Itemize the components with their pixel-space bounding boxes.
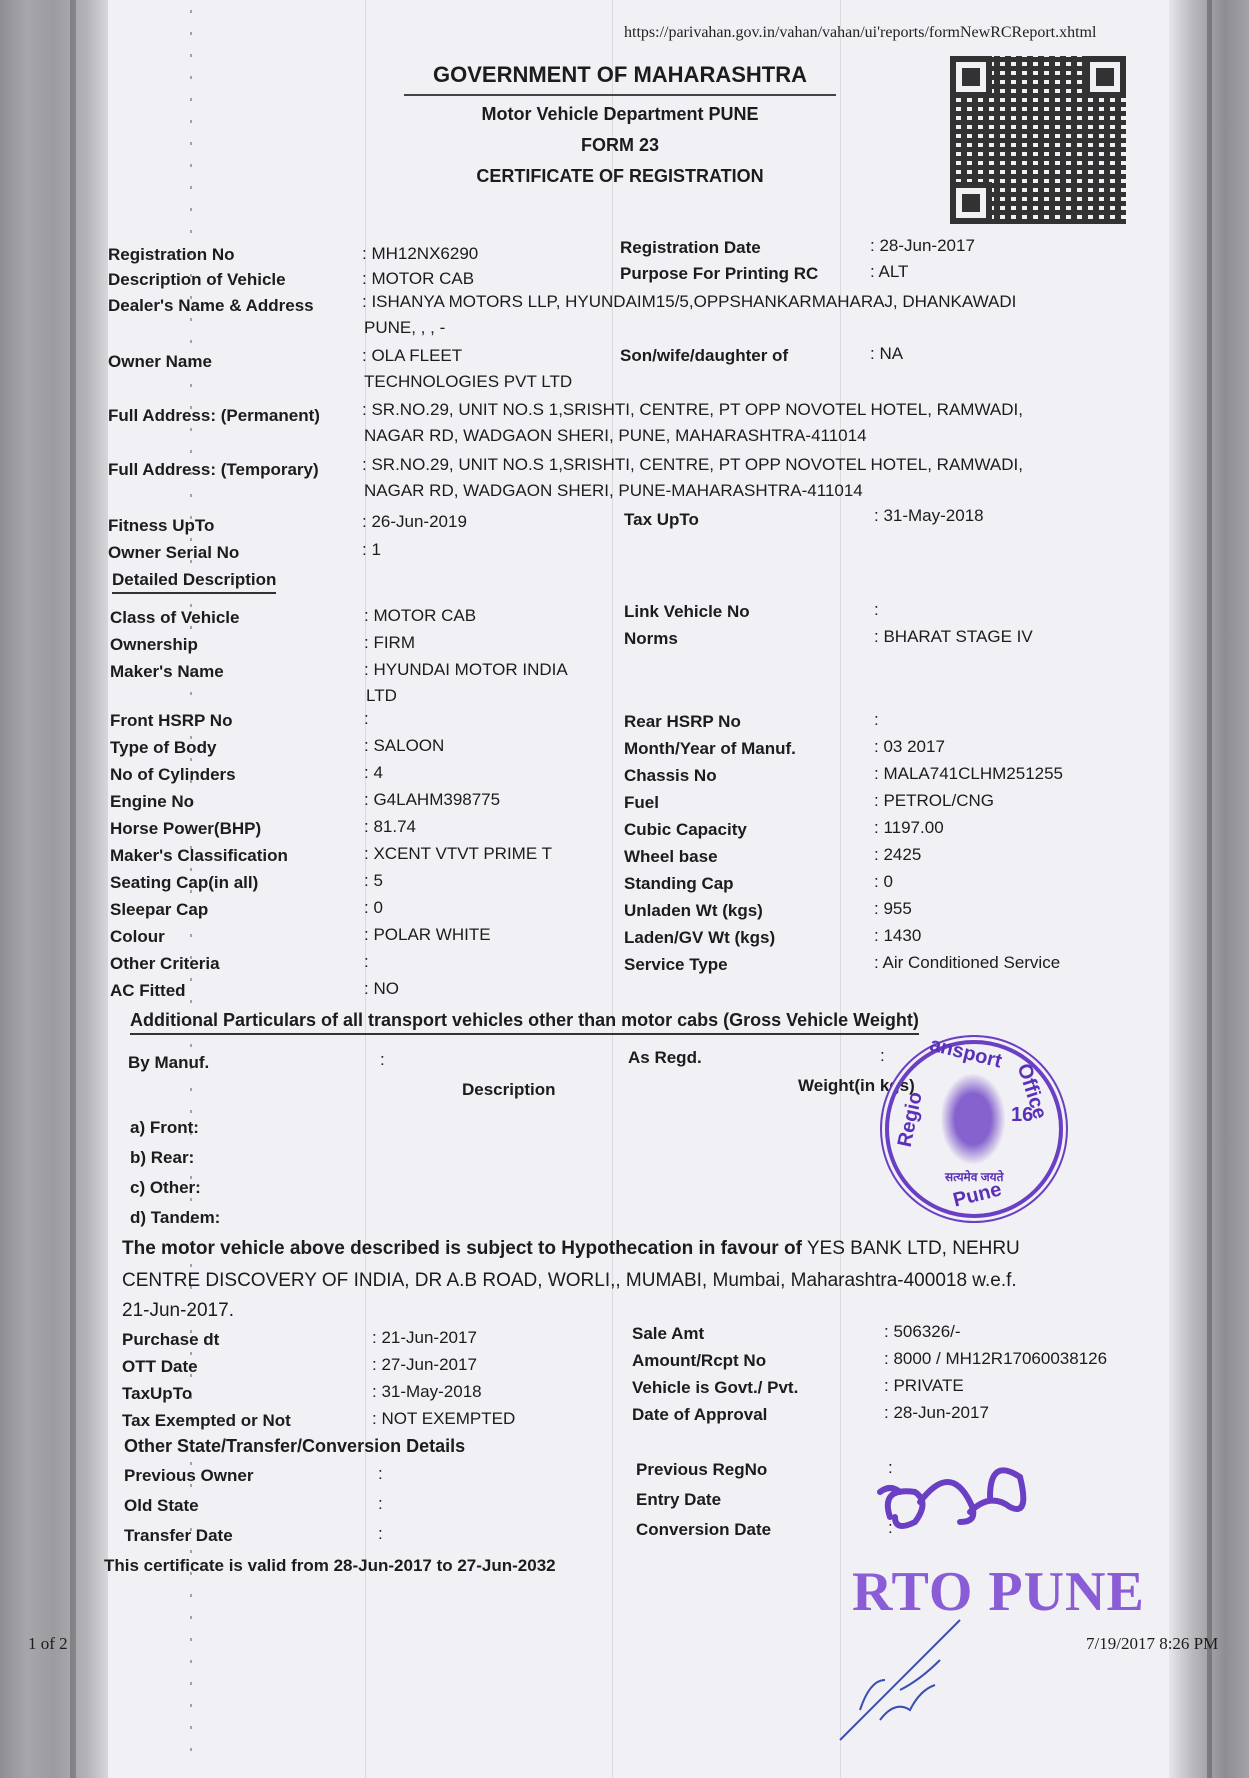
by-manuf-label: By Manuf. <box>128 1053 209 1073</box>
owner-name-value-line2: TECHNOLOGIES PVT LTD <box>364 372 572 392</box>
dealer-value: ISHANYA MOTORS LLP, HYUNDAIM15/5,OPPSHAN… <box>362 292 1016 312</box>
det-left-value: 81.74 <box>364 817 416 837</box>
permanent-address-label: Full Address: (Permanent) <box>108 406 320 426</box>
pur-left-value: 21-Jun-2017 <box>372 1328 477 1348</box>
det-right-value <box>874 600 879 620</box>
det-left-value: NO <box>364 979 399 999</box>
tr-left-label: Previous Owner <box>124 1466 253 1486</box>
det-left-value: FIRM <box>364 633 415 653</box>
axle-label: b) Rear: <box>130 1148 194 1168</box>
tr-right-label: Entry Date <box>636 1490 721 1510</box>
det-left-label: Other Criteria <box>110 954 220 974</box>
det-left-value: 5 <box>364 871 383 891</box>
det-right-value: Air Conditioned Service <box>874 953 1060 973</box>
tr-left-label: Transfer Date <box>124 1526 233 1546</box>
owner-serial-value: 1 <box>362 540 381 560</box>
det-left-label: Sleepar Cap <box>110 900 208 920</box>
dealer-value-line2: PUNE, , , - <box>364 318 445 338</box>
relation-value: NA <box>870 344 903 364</box>
det-left-value: HYUNDAI MOTOR INDIA <box>364 660 568 680</box>
det-right-label: Fuel <box>624 793 659 813</box>
axle-label: d) Tandem: <box>130 1208 220 1228</box>
det-left-label: Ownership <box>110 635 198 655</box>
det-right-value: MALA741CLHM251255 <box>874 764 1063 784</box>
relation-label: Son/wife/daughter of <box>620 346 788 366</box>
description-value: MOTOR CAB <box>362 269 474 289</box>
det-left-label: Front HSRP No <box>110 711 232 731</box>
tr-right-label: Previous RegNo <box>636 1460 767 1480</box>
fold-line <box>840 0 841 1778</box>
purpose-label: Purpose For Printing RC <box>620 264 818 284</box>
pur-left-label: Tax Exempted or Not <box>122 1411 291 1431</box>
tr-left-value <box>378 1494 383 1514</box>
scan-edge-left <box>0 0 108 1778</box>
det-right-value: 1430 <box>874 926 921 946</box>
axle-label: a) Front: <box>130 1118 199 1138</box>
pur-left-label: Purchase dt <box>122 1330 219 1350</box>
registration-no-label: Registration No <box>108 245 235 265</box>
det-right-label: Rear HSRP No <box>624 712 741 732</box>
tr-left-label: Old State <box>124 1496 199 1516</box>
fold-line <box>612 0 613 1778</box>
axle-label: c) Other: <box>130 1178 201 1198</box>
stamp-text: ansport <box>927 1033 1004 1073</box>
officer-signature <box>870 1462 1050 1542</box>
det-right-value: 955 <box>874 899 912 919</box>
det-left-value: 4 <box>364 763 383 783</box>
permanent-address-value-line2: NAGAR RD, WADGAON SHERI, PUNE, MAHARASHT… <box>364 426 867 446</box>
det-right-value: 1197.00 <box>874 818 944 838</box>
qr-code-icon <box>950 56 1126 224</box>
as-regd-colon: : <box>880 1046 885 1066</box>
pur-right-value: 506326/- <box>884 1322 961 1342</box>
pur-right-value: 28-Jun-2017 <box>884 1403 989 1423</box>
temporary-address-value-line2: NAGAR RD, WADGAON SHERI, PUNE-MAHARASHTR… <box>364 481 863 501</box>
det-right-label: Chassis No <box>624 766 717 786</box>
handwritten-initials <box>830 1600 980 1750</box>
det-right-label: Standing Cap <box>624 874 734 894</box>
national-emblem-icon <box>941 1074 1005 1164</box>
det-right-label: Cubic Capacity <box>624 820 747 840</box>
department-title: Motor Vehicle Department PUNE <box>380 104 860 125</box>
page-number: 1 of 2 <box>28 1634 68 1654</box>
det-left-value <box>364 709 369 729</box>
det-left-label: No of Cylinders <box>110 765 236 785</box>
detailed-description-heading: Detailed Description <box>112 570 276 594</box>
print-timestamp: 7/19/2017 8:26 PM <box>1086 1634 1218 1654</box>
det-left-value <box>364 952 369 972</box>
det-right-value: BHARAT STAGE IV <box>874 627 1033 647</box>
hypothecation-line2: CENTRE DISCOVERY OF INDIA, DR A.B ROAD, … <box>122 1266 1112 1296</box>
det-left-value: G4LAHM398775 <box>364 790 500 810</box>
temporary-address-value: SR.NO.29, UNIT NO.S 1,SRISHTI, CENTRE, P… <box>362 455 1023 475</box>
det-left-value: XCENT VTVT PRIME T <box>364 844 552 864</box>
purpose-value: ALT <box>870 262 908 282</box>
transfer-heading: Other State/Transfer/Conversion Details <box>124 1436 465 1457</box>
det-right-value: 03 2017 <box>874 737 945 757</box>
tax-upto-label: Tax UpTo <box>624 510 699 530</box>
pur-right-value: PRIVATE <box>884 1376 964 1396</box>
rto-round-stamp: ansport Office Regio 16 सत्यमेव जयते Pun… <box>885 1040 1063 1218</box>
pur-right-label: Sale Amt <box>632 1324 704 1344</box>
pur-left-label: OTT Date <box>122 1357 198 1377</box>
tr-left-value <box>378 1524 383 1544</box>
det-right-value: 0 <box>874 872 893 892</box>
fitness-upto-value: 26-Jun-2019 <box>362 512 467 532</box>
det-right-label: Wheel base <box>624 847 718 867</box>
pur-left-label: TaxUpTo <box>122 1384 192 1404</box>
det-left-value: SALOON <box>364 736 444 756</box>
tax-upto-value: 31-May-2018 <box>874 506 984 526</box>
det-left-value-line2: LTD <box>366 686 397 706</box>
det-right-label: Unladen Wt (kgs) <box>624 901 763 921</box>
government-title: GOVERNMENT OF MAHARASHTRA <box>380 62 860 88</box>
permanent-address-value: SR.NO.29, UNIT NO.S 1,SRISHTI, CENTRE, P… <box>362 400 1023 420</box>
det-left-label: Seating Cap(in all) <box>110 873 258 893</box>
det-left-label: Type of Body <box>110 738 216 758</box>
det-left-label: Engine No <box>110 792 194 812</box>
tr-left-value <box>378 1464 383 1484</box>
det-right-value <box>874 710 879 730</box>
det-left-label: Horse Power(BHP) <box>110 819 261 839</box>
registration-no-value: MH12NX6290 <box>362 244 478 264</box>
registration-date-label: Registration Date <box>620 238 761 258</box>
hypothecation-line1: The motor vehicle above described is sub… <box>122 1234 1112 1264</box>
description-column-header: Description <box>462 1080 556 1100</box>
pur-left-value: NOT EXEMPTED <box>372 1409 515 1429</box>
form-number: FORM 23 <box>380 135 860 156</box>
hypothecation-prefix: The motor vehicle above described is sub… <box>122 1238 802 1259</box>
header-divider <box>404 94 836 96</box>
owner-name-value: OLA FLEET <box>362 346 462 366</box>
pur-left-value: 31-May-2018 <box>372 1382 482 1402</box>
det-left-label: Maker's Name <box>110 662 224 682</box>
hypothecation-line3: 21-Jun-2017. <box>122 1296 1112 1326</box>
by-manuf-colon: : <box>380 1050 385 1070</box>
det-right-label: Link Vehicle No <box>624 602 750 622</box>
additional-particulars-heading: Additional Particulars of all transport … <box>130 1010 919 1035</box>
tr-right-label: Conversion Date <box>636 1520 771 1540</box>
dealer-label: Dealer's Name & Address <box>108 296 314 316</box>
pur-right-label: Amount/Rcpt No <box>632 1351 766 1371</box>
det-left-value: 0 <box>364 898 383 918</box>
owner-serial-label: Owner Serial No <box>108 543 239 563</box>
hypothecation-bank: YES BANK LTD, NEHRU <box>807 1238 1020 1259</box>
det-left-value: MOTOR CAB <box>364 606 476 626</box>
det-right-label: Norms <box>624 629 678 649</box>
page-url: https://parivahan.gov.in/vahan/vahan/ui'… <box>624 24 1096 42</box>
owner-name-label: Owner Name <box>108 352 212 372</box>
temporary-address-label: Full Address: (Temporary) <box>108 460 319 480</box>
fitness-upto-label: Fitness UpTo <box>108 516 214 536</box>
det-right-label: Laden/GV Wt (kgs) <box>624 928 775 948</box>
pur-right-value: 8000 / MH12R17060038126 <box>884 1349 1107 1369</box>
certificate-title: CERTIFICATE OF REGISTRATION <box>380 166 860 187</box>
det-left-label: Class of Vehicle <box>110 608 239 628</box>
pur-right-label: Vehicle is Govt./ Pvt. <box>632 1378 798 1398</box>
det-right-label: Month/Year of Manuf. <box>624 739 796 759</box>
det-left-label: Colour <box>110 927 165 947</box>
registration-date-value: 28-Jun-2017 <box>870 236 975 256</box>
pur-right-label: Date of Approval <box>632 1405 767 1425</box>
pur-left-value: 27-Jun-2017 <box>372 1355 477 1375</box>
det-left-value: POLAR WHITE <box>364 925 491 945</box>
det-right-value: 2425 <box>874 845 921 865</box>
stamp-number: 16 <box>1011 1104 1033 1127</box>
det-right-label: Service Type <box>624 955 728 975</box>
det-left-label: AC Fitted <box>110 981 186 1001</box>
scan-edge-right <box>1169 0 1249 1778</box>
validity-statement: This certificate is valid from 28-Jun-20… <box>104 1556 556 1576</box>
det-left-label: Maker's Classification <box>110 846 288 866</box>
description-label: Description of Vehicle <box>108 270 286 290</box>
det-right-value: PETROL/CNG <box>874 791 994 811</box>
as-regd-label: As Regd. <box>628 1048 702 1068</box>
stamp-text: Regio <box>894 1090 928 1149</box>
